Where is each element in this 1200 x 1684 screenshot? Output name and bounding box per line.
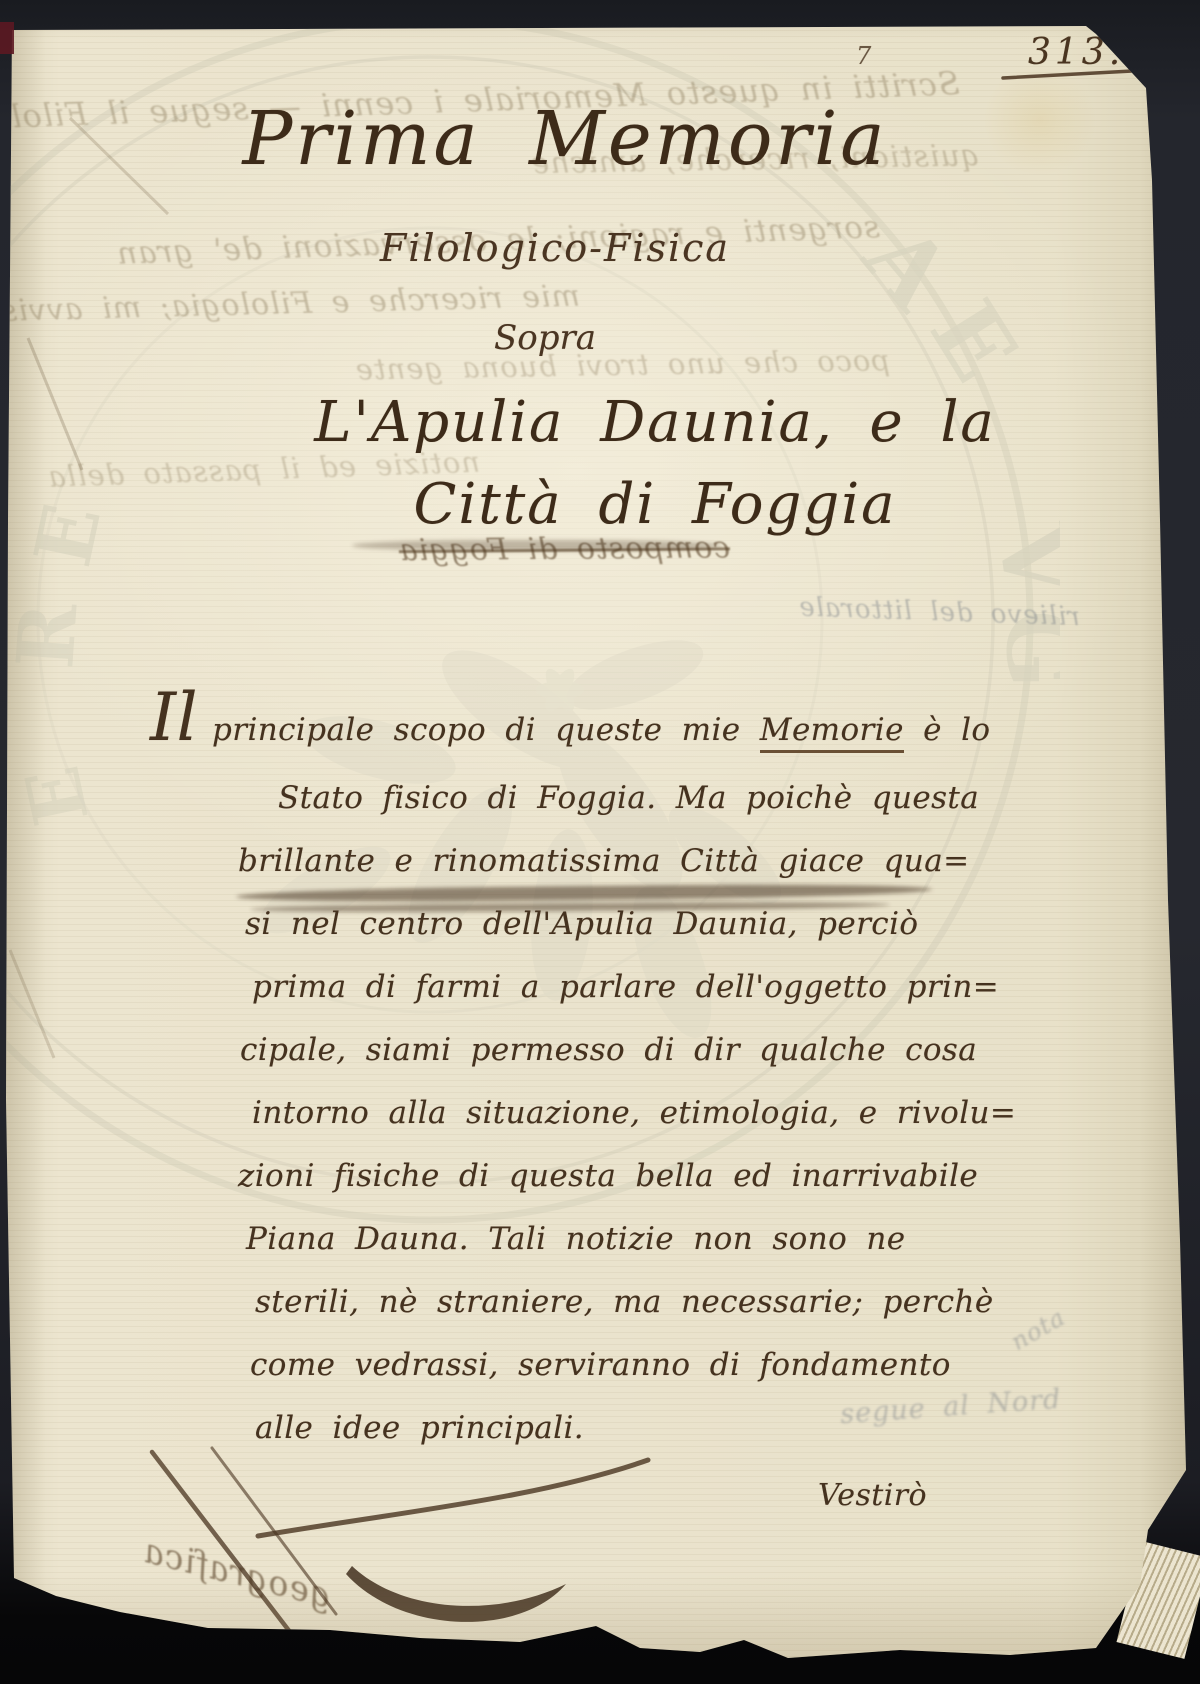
ink-smudge-title xyxy=(352,540,722,551)
body-line: Piana Dauna. Tali notizie non sono ne xyxy=(246,1221,906,1257)
body-line: brillante e rinomatissima Città giace qu… xyxy=(238,843,970,879)
red-binding-mark xyxy=(0,22,14,54)
stamp-ring-letter: E xyxy=(10,759,106,832)
stamp-ring-letter: R xyxy=(0,599,95,671)
showthrough-fragment: nota xyxy=(1006,1272,1124,1356)
body-line: intorno alla situazione, etimologia, e r… xyxy=(252,1095,1016,1131)
body-line: come vedrassi, serviranno di fondamento xyxy=(250,1347,951,1383)
underlined-word: Memorie xyxy=(760,712,904,753)
page-number: 7 xyxy=(856,42,871,70)
body-line-text: è lo xyxy=(904,712,991,748)
body-line: si nel centro dell'Apulia Daunia, perciò xyxy=(245,906,918,942)
body-line: alle idee principali. xyxy=(255,1410,584,1446)
catchword: Vestirò xyxy=(818,1478,927,1513)
body-line: cipale, siami permesso di dir qualche co… xyxy=(240,1032,977,1068)
title-preposition: Sopra xyxy=(0,318,1090,358)
showthrough-fragment: segue al Nord xyxy=(839,1381,1101,1430)
title-subtitle: Filologico-Fisica xyxy=(0,226,1110,270)
body-line: sterili, nè straniere, ma necessarie; pe… xyxy=(255,1284,994,1320)
drop-cap: Il xyxy=(150,679,198,756)
flourish-swash xyxy=(258,1460,648,1536)
body-line: prima di farmi a parlare dell'oggetto pr… xyxy=(252,969,999,1005)
subject-line-2: Città di Foggia xyxy=(170,472,1140,537)
body-line: Stato fisico di Foggia. Ma poichè questa xyxy=(278,780,979,816)
manuscript-page: E R E A E V G Scritti in questo Memorial… xyxy=(0,0,1200,1684)
title-main: Prima Memoria xyxy=(0,96,1130,182)
body-line: Ilprincipale scopo di queste mie Memorie… xyxy=(150,712,990,748)
photograph-background: E R E A E V G Scritti in questo Memorial… xyxy=(0,0,1200,1684)
showthrough-fragment: geografica xyxy=(94,1520,337,1617)
body-line-text: principale scopo di queste mie xyxy=(212,712,760,748)
stamp-ring-letter: E xyxy=(18,497,119,574)
body-line: zioni fisiche di questa bella ed inarriv… xyxy=(238,1158,978,1194)
folio-number: 313. xyxy=(1028,32,1124,73)
subject-line-1: L'Apulia Daunia, e la xyxy=(170,390,1140,455)
flourish-crescent xyxy=(346,1566,566,1622)
